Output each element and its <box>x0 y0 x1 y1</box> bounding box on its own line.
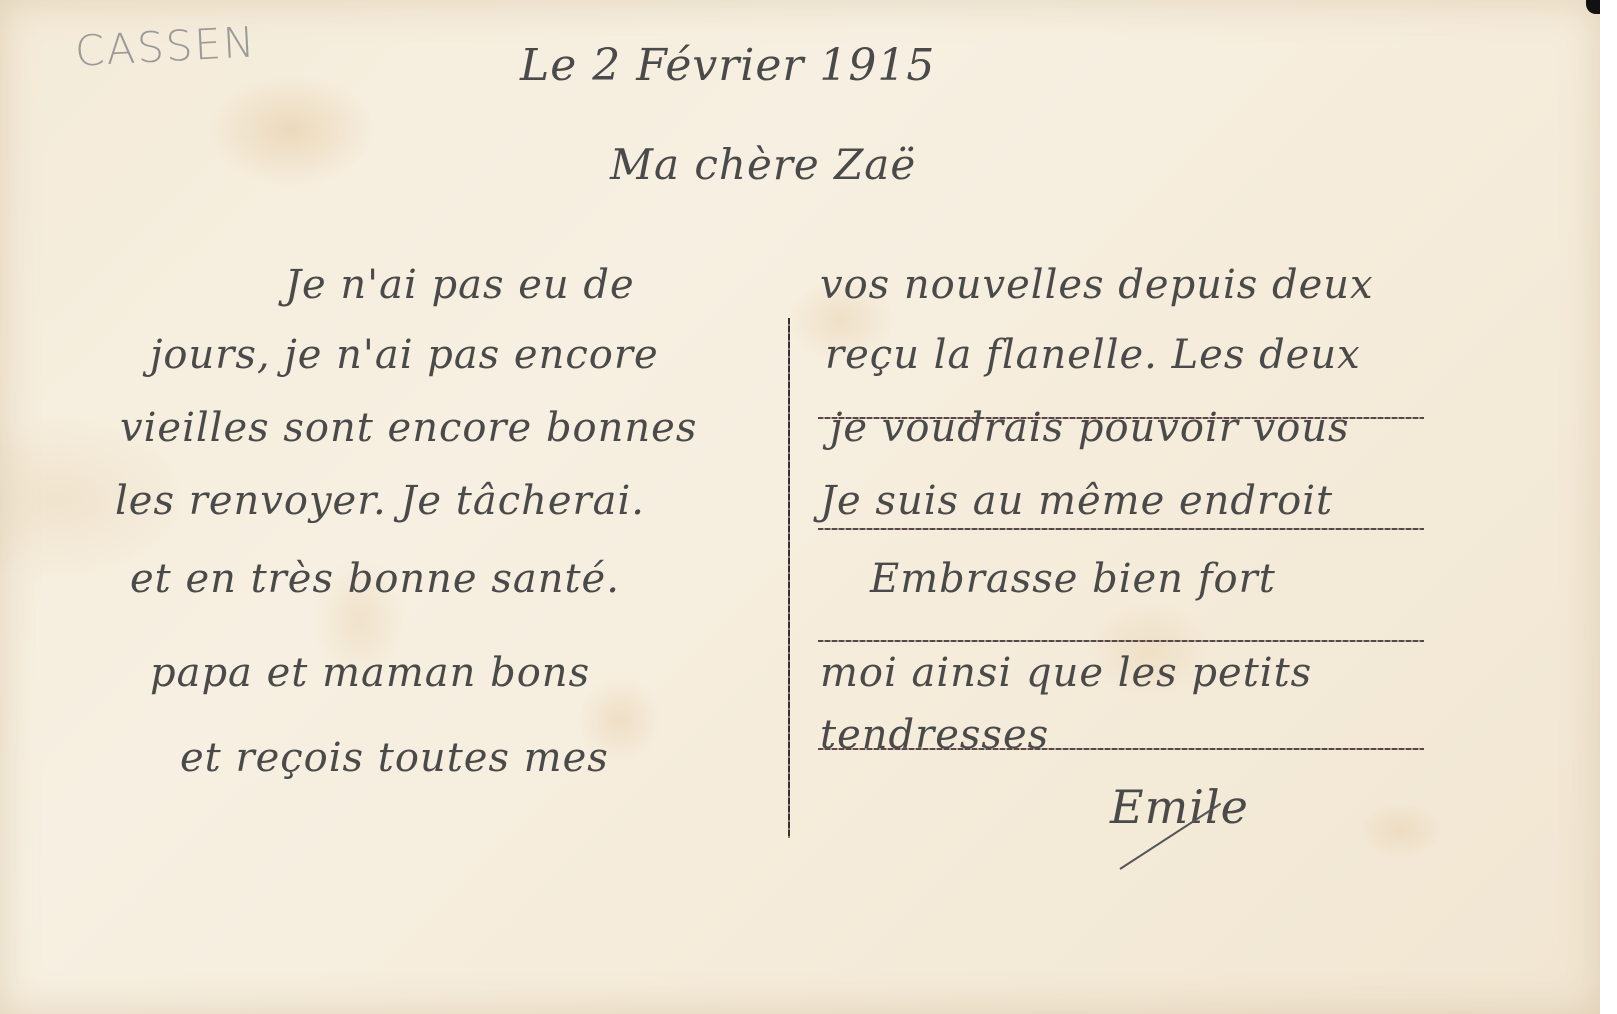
greeting: Ma chère Zaë <box>610 140 916 189</box>
scan-edge <box>1600 0 1617 1014</box>
left-line-4: les renvoyer. Je tâcherai. <box>115 478 645 524</box>
right-line-2: reçu la flanelle. Les deux <box>825 332 1361 378</box>
pencil-annotation: CASSEN <box>74 17 258 75</box>
right-line-5: Embrasse bien fort <box>870 556 1276 602</box>
left-line-1: Je n'ai pas eu de <box>285 262 635 308</box>
address-rule-2 <box>818 528 1424 530</box>
left-line-2: jours, je n'ai pas encore <box>150 332 659 378</box>
left-line-5: et en très bonne santé. <box>130 556 620 602</box>
left-line-6: papa et maman bons <box>150 650 590 696</box>
signature: Emile <box>1110 780 1249 834</box>
left-line-7: et reçois toutes mes <box>180 735 609 781</box>
postcard-back: CASSEN Le 2 Février 1915 Ma chère Zaë Je… <box>0 0 1600 1014</box>
right-line-3: je voudrais pouvoir vous <box>830 405 1350 451</box>
right-line-1: vos nouvelles depuis deux <box>820 262 1374 308</box>
date-line: Le 2 Février 1915 <box>520 40 935 91</box>
right-line-4: Je suis au même endroit <box>820 478 1333 524</box>
address-rule-3 <box>818 640 1424 642</box>
left-line-3: vieilles sont encore bonnes <box>120 405 697 451</box>
right-line-6: moi ainsi que les petits <box>820 650 1312 696</box>
center-divider <box>788 318 790 838</box>
right-line-7: tendresses <box>820 712 1049 758</box>
